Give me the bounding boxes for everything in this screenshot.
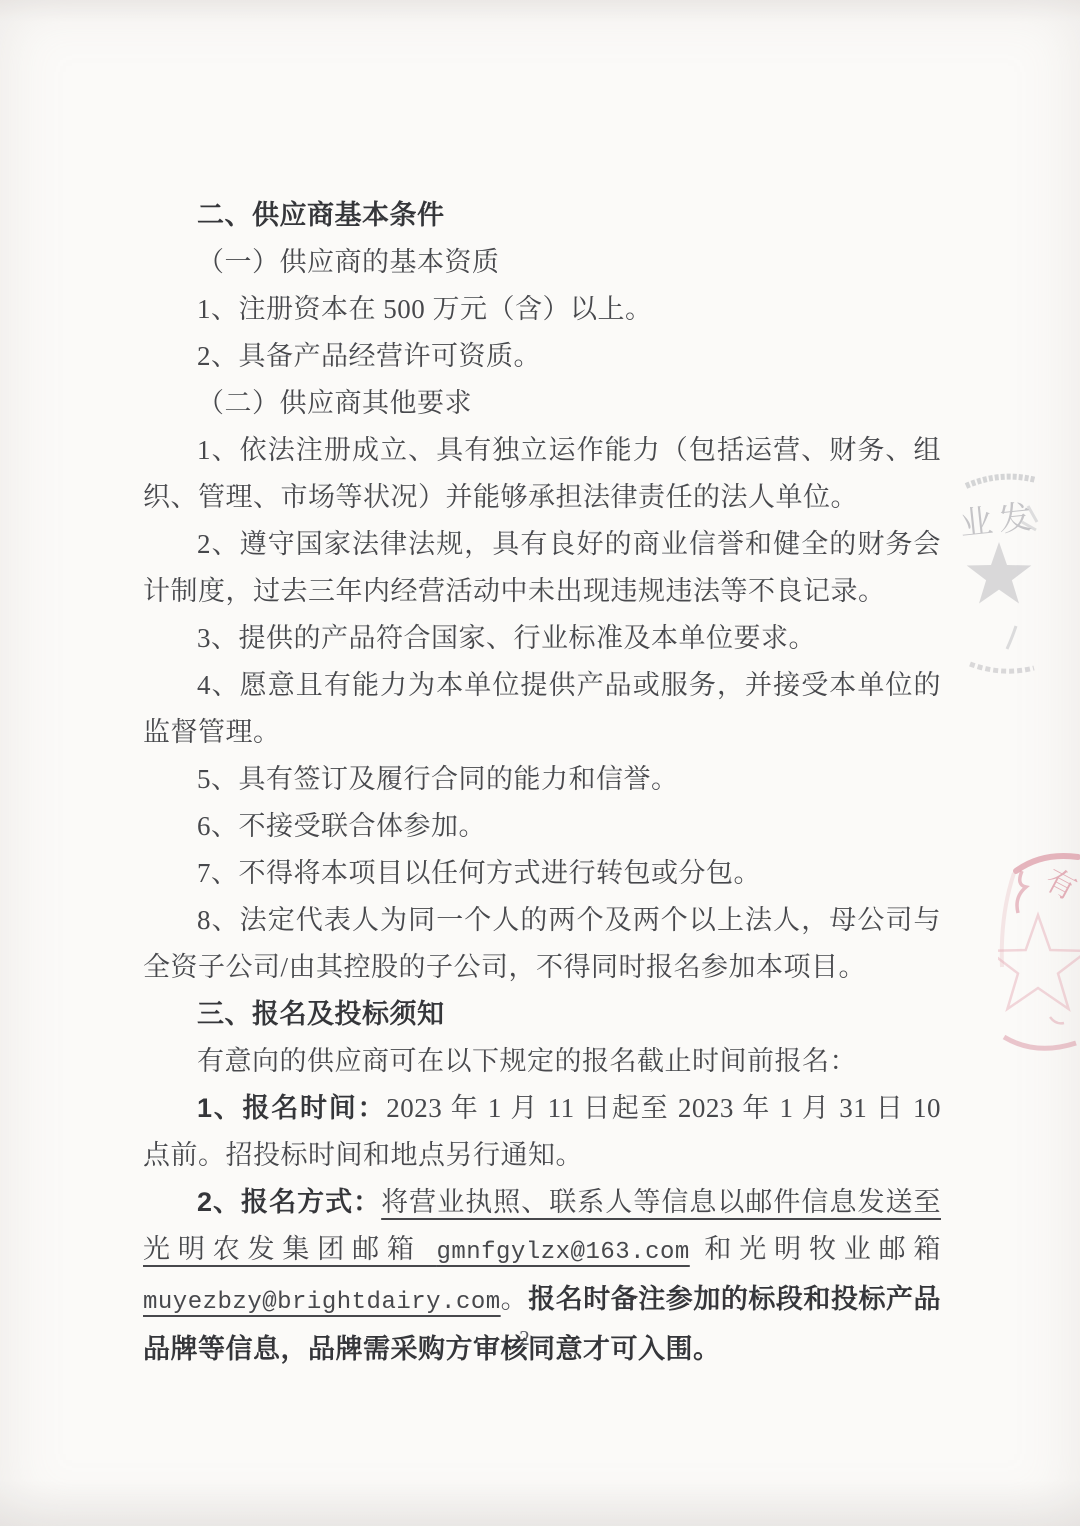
email-text: gmnfgylzx@163.com	[436, 1239, 689, 1266]
text-segment: 二、供应商基本条件	[197, 200, 445, 230]
seal-left-arc-icon	[1002, 873, 1014, 967]
email-text: muyezbzy@brightdairy.com	[143, 1289, 501, 1316]
section-heading: 三、报名及投标须知	[143, 991, 941, 1038]
text-segment: 和光明牧业邮箱	[690, 1234, 941, 1264]
paragraph: 4、愿意且有能力为本单位提供产品或服务，并接受本单位的监督管理。	[143, 662, 941, 756]
text-segment: 2、遵守国家法律法规，具有良好的商业信誉和健全的财务会计制度，过去三年内经营活动…	[143, 529, 941, 606]
text-segment: （二）供应商其他要求	[197, 388, 472, 418]
section-heading: 二、供应商基本条件	[143, 192, 941, 239]
paragraph: 1、依法注册成立、具有独立运作能力（包括运营、财务、组织、管理、市场等状况）并能…	[143, 427, 941, 521]
text-segment: 2、具备产品经营许可资质。	[197, 341, 541, 371]
paragraph: 2、具备产品经营许可资质。	[143, 333, 941, 380]
paragraph: 8、法定代表人为同一个人的两个及两个以上法人，母公司与全资子公司/由其控股的子公…	[143, 897, 941, 991]
red-seal-stamp-icon: 有	[998, 845, 1080, 1060]
seal-partial-character-strokes	[1022, 506, 1037, 530]
paragraph: 1、注册资本在 500 万元（含）以上。	[143, 286, 941, 333]
seal-bottom-arc-icon	[970, 664, 1034, 671]
seal-small-stroke	[1050, 1017, 1064, 1023]
text-segment: 。	[501, 1284, 529, 1314]
paragraph: 7、不得将本项目以任何方式进行转包或分包。	[143, 850, 941, 897]
text-segment: （一）供应商的基本资质	[197, 247, 500, 277]
document-page: 二、供应商基本条件（一）供应商的基本资质1、注册资本在 500 万元（含）以上。…	[0, 0, 1080, 1526]
text-segment: 1、注册资本在 500 万元（含）以上。	[197, 294, 653, 324]
paragraph: （二）供应商其他要求	[143, 380, 941, 427]
seal-top-arc-icon	[966, 477, 1036, 486]
text-segment: 5、具有签订及履行合同的能力和信誉。	[197, 764, 679, 794]
text-segment: 2、报名方式：	[197, 1187, 381, 1217]
text-segment: 6、不接受联合体参加。	[197, 811, 486, 841]
paragraph: 6、不接受联合体参加。	[143, 803, 941, 850]
seal-small-stroke	[1007, 626, 1016, 649]
paragraph: 2、遵守国家法律法规，具有良好的商业信誉和健全的财务会计制度，过去三年内经营活动…	[143, 521, 941, 615]
seal-partial-character-strokes	[1017, 871, 1026, 913]
text-segment: 8、法定代表人为同一个人的两个及两个以上法人，母公司与全资子公司/由其控股的子公…	[143, 905, 941, 982]
seal-characters: 业发	[958, 498, 1039, 543]
paragraph: （一）供应商的基本资质	[143, 239, 941, 286]
text-segment: 三、报名及投标须知	[197, 999, 445, 1029]
page-number: 2	[0, 1326, 1050, 1351]
text-segment: 1、依法注册成立、具有独立运作能力（包括运营、财务、组织、管理、市场等状况）并能…	[143, 435, 941, 512]
seal-bottom-arc-icon	[1004, 1037, 1076, 1048]
paragraph: 1、报名时间：2023 年 1 月 11 日起至 2023 年 1 月 31 日…	[143, 1085, 941, 1179]
text-segment: 有意向的供应商可在以下规定的报名截止时间前报名：	[197, 1046, 857, 1076]
seal-star-icon	[967, 542, 1032, 604]
text-segment: 4、愿意且有能力为本单位提供产品或服务，并接受本单位的监督管理。	[143, 670, 941, 747]
paragraph: 有意向的供应商可在以下规定的报名截止时间前报名：	[143, 1038, 941, 1085]
seal-characters: 有	[1039, 863, 1080, 906]
paragraph: 3、提供的产品符合国家、行业标准及本单位要求。	[143, 615, 941, 662]
seal-star-outline-icon	[998, 915, 1080, 1009]
paragraph: 5、具有签订及履行合同的能力和信誉。	[143, 756, 941, 803]
text-segment: 3、提供的产品符合国家、行业标准及本单位要求。	[197, 623, 816, 653]
text-segment: 1、报名时间：	[197, 1093, 386, 1123]
seal-top-arc-icon	[1016, 856, 1078, 871]
gray-seal-stamp-icon: 业发	[952, 468, 1044, 682]
document-body: 二、供应商基本条件（一）供应商的基本资质1、注册资本在 500 万元（含）以上。…	[143, 192, 941, 1373]
text-segment: 7、不得将本项目以任何方式进行转包或分包。	[197, 858, 761, 888]
